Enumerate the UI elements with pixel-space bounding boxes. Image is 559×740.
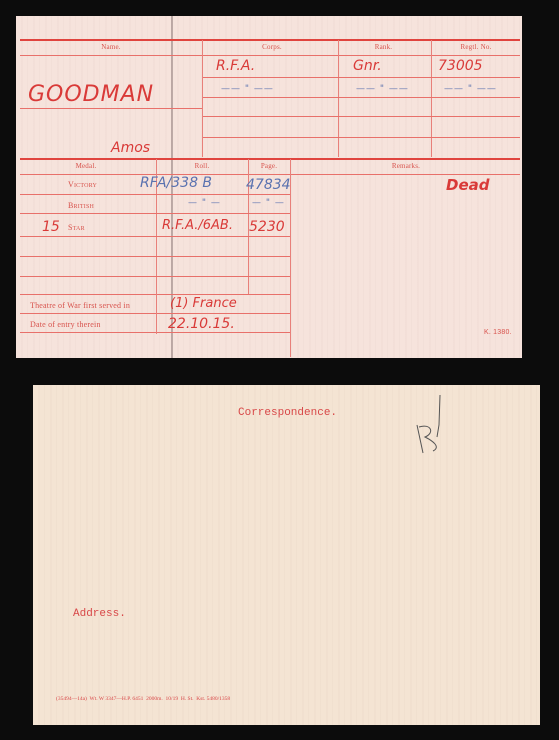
medal-page: 5230 bbox=[249, 219, 285, 235]
date-label: Date of entry therein bbox=[30, 320, 101, 329]
rule bbox=[20, 313, 290, 314]
rank-ditto: —— " —— bbox=[356, 84, 409, 94]
remarks-header: Remarks. bbox=[290, 162, 522, 170]
divider bbox=[431, 40, 432, 157]
rule bbox=[20, 236, 290, 237]
rule bbox=[20, 276, 290, 277]
theatre-value: (1) France bbox=[170, 296, 237, 311]
medal-index-card-front: Name. Corps. Rank. Regtl. No. GOODMAN Am… bbox=[16, 16, 522, 358]
rule bbox=[20, 108, 202, 109]
correspondence-heading: Correspondence. bbox=[238, 407, 337, 419]
divider bbox=[202, 40, 203, 157]
medal-roll: RFA/338 B bbox=[140, 175, 212, 191]
remarks-value: Dead bbox=[446, 176, 489, 194]
rule bbox=[20, 158, 520, 160]
page-header: Page. bbox=[248, 162, 290, 170]
divider bbox=[156, 294, 157, 334]
medal-roll: R.F.A./6AB. bbox=[162, 218, 233, 233]
rule bbox=[20, 174, 520, 175]
medal-roll: — " — bbox=[188, 198, 221, 208]
rule bbox=[20, 256, 290, 257]
medal-name: Victory bbox=[68, 180, 97, 189]
corps-header: Corps. bbox=[202, 43, 342, 51]
star-year: 15 bbox=[42, 219, 60, 235]
rule bbox=[20, 39, 520, 41]
corps-ditto: —— " —— bbox=[221, 84, 274, 94]
rule bbox=[20, 213, 290, 214]
surname: GOODMAN bbox=[28, 82, 154, 107]
medal-index-card-back: Correspondence. R Address. (35494—14a) W… bbox=[33, 385, 540, 725]
name-header: Name. bbox=[16, 43, 206, 51]
rank-value: Gnr. bbox=[353, 58, 382, 74]
rule bbox=[20, 194, 290, 195]
rank-header: Rank. bbox=[336, 43, 431, 51]
regt-no-header: Regtl. No. bbox=[431, 43, 521, 51]
address-label: Address. bbox=[73, 608, 126, 620]
pencil-mark-icon bbox=[411, 393, 451, 463]
medal-page: 47834 bbox=[246, 177, 291, 193]
medal-name: Star bbox=[68, 223, 85, 232]
rule bbox=[20, 55, 520, 56]
rule bbox=[203, 116, 520, 117]
regt-no-value: 73005 bbox=[438, 58, 483, 74]
corps-value: R.F.A. bbox=[216, 58, 255, 74]
rule bbox=[203, 137, 520, 138]
printer-imprint: (35494—14a) Wt. W 3347—H.P. 6451 2000m. … bbox=[56, 696, 230, 702]
regt-no-ditto: —— " —— bbox=[444, 84, 497, 94]
medal-header: Medal. bbox=[16, 162, 156, 170]
forename: Amos bbox=[111, 140, 150, 156]
divider bbox=[338, 40, 339, 157]
medal-name: British bbox=[68, 201, 94, 210]
date-value: 22.10.15. bbox=[168, 316, 235, 332]
form-number: K. 1380. bbox=[484, 329, 512, 336]
theatre-label: Theatre of War first served in bbox=[30, 301, 130, 310]
rule bbox=[203, 77, 520, 78]
rule bbox=[20, 294, 290, 295]
rule bbox=[203, 97, 520, 98]
roll-header: Roll. bbox=[156, 162, 248, 170]
medal-page: — " — bbox=[252, 198, 285, 208]
rule bbox=[20, 332, 290, 333]
